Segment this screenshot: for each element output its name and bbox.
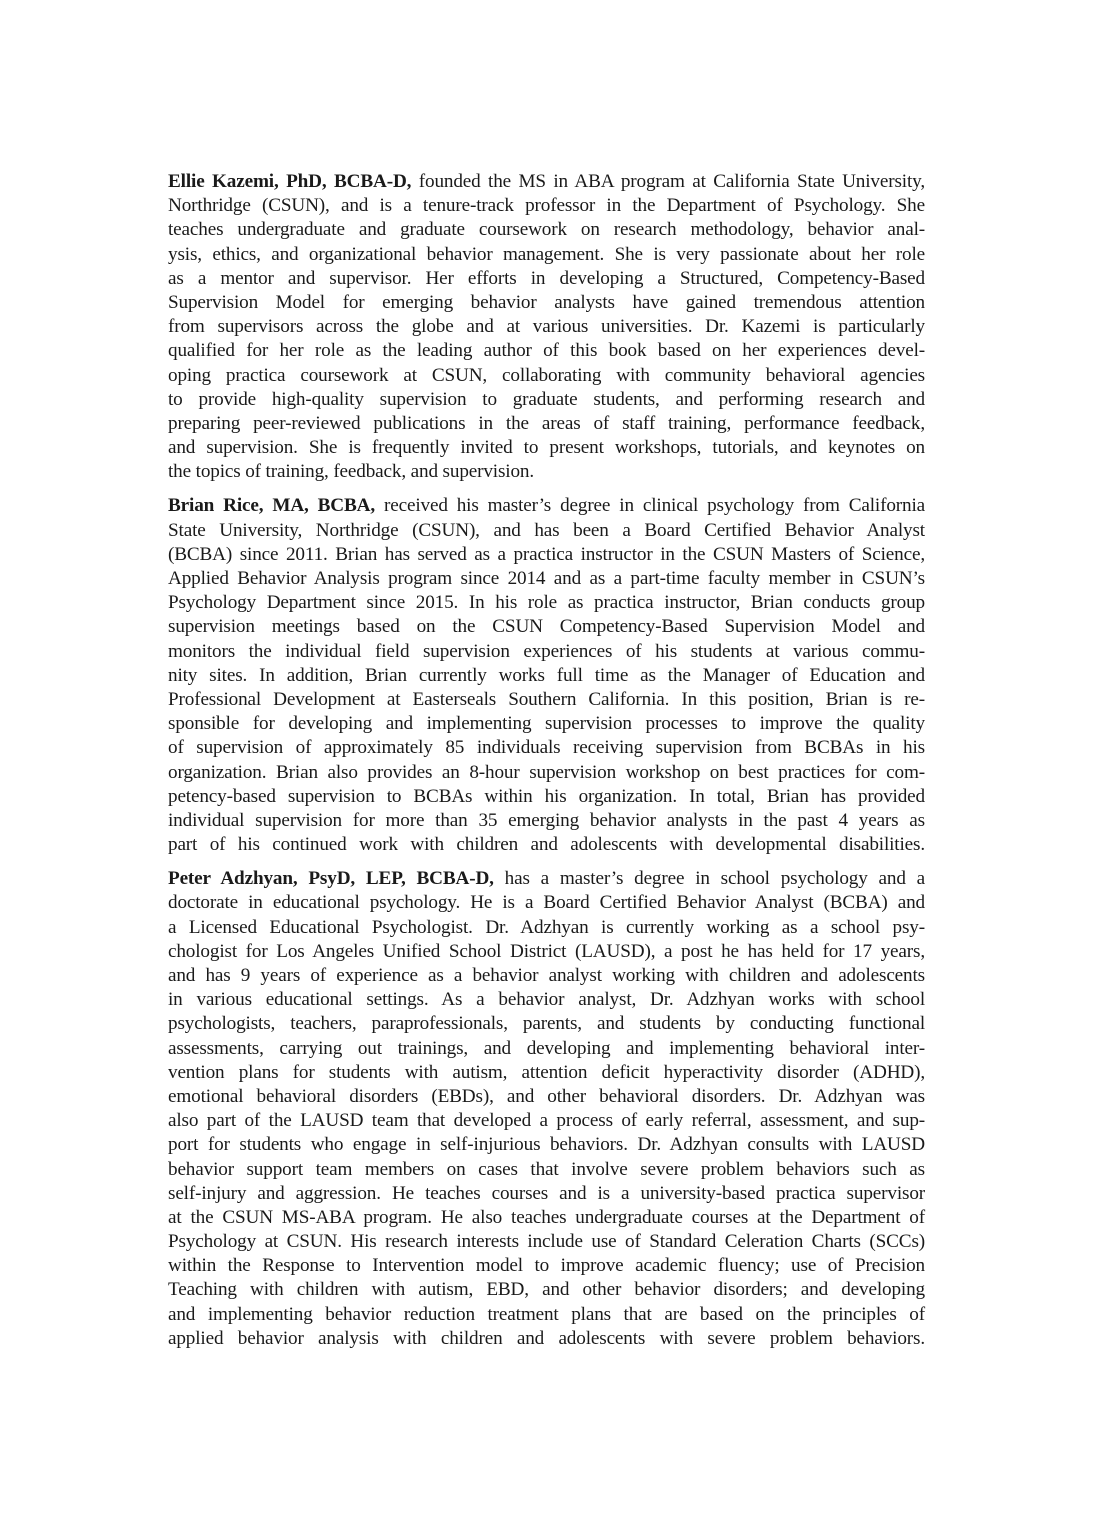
bio-paragraph-rice: Brian Rice, MA, BCBA, received his maste… xyxy=(168,494,925,857)
bio-paragraph-adzhyan: Peter Adzhyan, PsyD, LEP, BCBA-D, has a … xyxy=(168,867,925,1351)
bio-paragraph-kazemi: Ellie Kazemi, PhD, BCBA-D, founded the M… xyxy=(168,170,925,484)
bio-name: Brian Rice, MA, BCBA, xyxy=(168,495,375,516)
bio-name: Peter Adzhyan, PsyD, LEP, BCBA-D, xyxy=(168,868,494,889)
bio-name: Ellie Kazemi, PhD, BCBA-D, xyxy=(168,171,411,192)
author-bios-page: Ellie Kazemi, PhD, BCBA-D, founded the M… xyxy=(168,170,925,1361)
